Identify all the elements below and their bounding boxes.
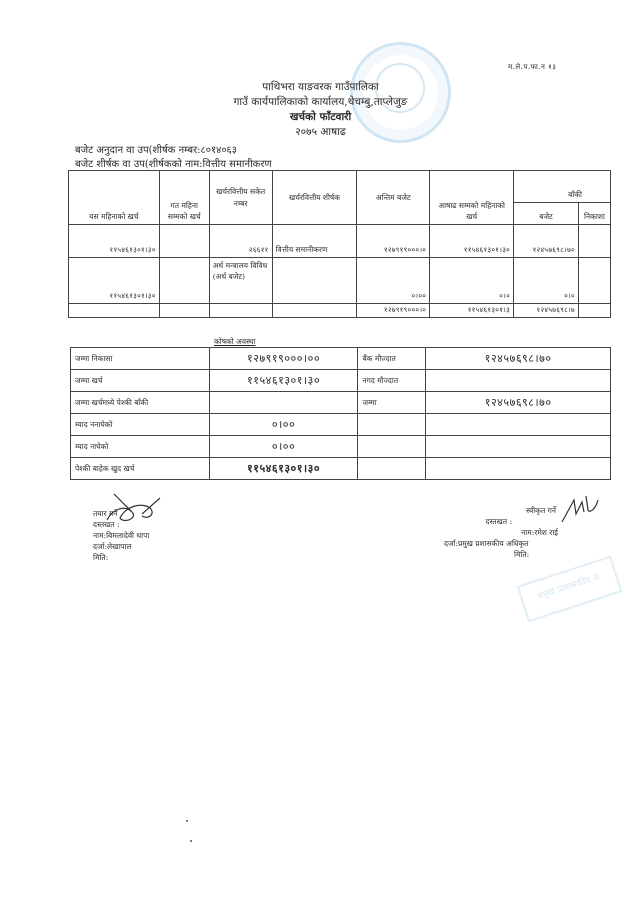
fund-value: ११५४६१३०१।३०: [209, 458, 358, 480]
cell-remaining-budget: १२४५७६९८।७०: [514, 225, 579, 258]
cell-title: [272, 258, 357, 304]
table-row: ११५४६१३०१।३० २६६११ वित्तीय समानीकरण १२७९…: [69, 225, 611, 258]
approved-by-block: स्वीकृत गर्ने दस्तखत : नाम:रमेश राई: [454, 505, 558, 538]
fund-value-2: [426, 436, 611, 458]
office-stamp: प्रमुख प्रशासकीय अ: [517, 556, 623, 623]
total-till-asadh: ११५४६१३०१।३: [430, 304, 514, 318]
fund-value: ०।००: [209, 436, 358, 458]
fund-value: ११५४६१३०१।३०: [209, 370, 358, 392]
prepared-name: नाम:बिमलादेवी थापा: [93, 530, 149, 541]
header-final-budget: अन्तिम बजेट: [357, 171, 430, 225]
fund-value: [209, 392, 358, 414]
cell-till-asadh: ११५४६१३०१।३०: [430, 225, 514, 258]
header-remaining: बाँकी: [514, 171, 611, 203]
fund-label: जम्मा खर्चमध्ये पेश्की बाँकी: [71, 392, 210, 414]
fund-status-title: कोषको अवस्था: [214, 337, 256, 347]
cell-remaining-release: [578, 258, 610, 304]
totals-row: १२७९१९०००।० ११५४६१३०१।३ १२४५७६९८।७: [69, 304, 611, 318]
fund-value: १२७९१९०००।००: [209, 348, 358, 370]
cell-title: वित्तीय समानीकरण: [272, 225, 357, 258]
fund-status-table: जम्मा निकासा१२७९१९०००।००बैंक मौज्दात१२४५…: [70, 347, 611, 480]
fund-label-2: जम्मा: [358, 392, 426, 414]
cell-remaining-budget: ०।०: [514, 258, 579, 304]
header-till-last-month: गत महिना सम्मको खर्च: [159, 171, 209, 225]
header-till-asadh: आषाढ सम्मको महिनाको खर्च: [430, 171, 514, 225]
total-remaining-budget: १२४५७६९८।७: [514, 304, 579, 318]
fund-label: जम्मा निकासा: [71, 348, 210, 370]
header-remaining-budget: बजेट: [514, 203, 579, 225]
office-name: गाउँ कार्यपालिकाको कार्यालय,थेचम्बु,ताप्…: [0, 95, 641, 109]
prepared-by-block: तयार गर्ने दस्तखत : नाम:बिमलादेवी थापा द…: [93, 508, 149, 563]
approved-date: मिति:: [514, 549, 529, 560]
cell-code: २६६११: [209, 225, 272, 258]
fund-row: जम्मा खर्चमध्ये पेश्की बाँकीजम्मा१२४५७६९…: [71, 392, 611, 414]
fund-value-2: [426, 414, 611, 436]
prepared-action: तयार गर्ने: [93, 508, 149, 519]
fund-row: म्याद नाघेको०।००: [71, 436, 611, 458]
approved-signature-scribble: [560, 492, 600, 526]
fund-label-2: नगद मौज्दात: [358, 370, 426, 392]
budget-title: बजेट शीर्षक वा उप(शीर्षकको नाम:वित्तीय स…: [75, 156, 272, 170]
expense-table: यस महिनाको खर्च गत महिना सम्मको खर्च खर्…: [68, 170, 611, 318]
form-number: म.ले.प.फा.न १३: [508, 63, 556, 72]
fund-label: म्याद ननाघेको: [71, 414, 210, 436]
budget-number: बजेट अनुदान वा उप(शीर्षक नम्बर:८०१४०६३: [75, 142, 237, 156]
approved-action: स्वीकृत गर्ने: [454, 505, 558, 516]
report-period: २०७५ आषाढ: [0, 125, 641, 139]
cell-till-last-month: [159, 225, 209, 258]
approved-designation: दर्जा:प्रमुख प्रशासकीय अधिकृत: [444, 538, 528, 549]
prepared-designation: दर्जा:लेखापाल: [93, 541, 149, 552]
fund-label: पेश्की बाहेक खुद खर्च: [71, 458, 210, 480]
table-row: ११५४६१३०१।३० अर्थ मन्त्रालय विविध (अर्थ …: [69, 258, 611, 304]
cell-this-month: ११५४६१३०१।३०: [69, 258, 160, 304]
fund-value-2: १२४५७६९८।७०: [426, 392, 611, 414]
header-remaining-release: निकाशा: [578, 203, 610, 225]
fund-label-2: [358, 436, 426, 458]
scan-speck: [186, 820, 188, 822]
fund-label: म्याद नाघेको: [71, 436, 210, 458]
fund-row: पेश्की बाहेक खुद खर्च११५४६१३०१।३०: [71, 458, 611, 480]
fund-value-2: [426, 370, 611, 392]
cell-till-last-month: [159, 258, 209, 304]
fund-row: जम्मा खर्च११५४६१३०१।३०नगद मौज्दात: [71, 370, 611, 392]
approved-sign: दस्तखत :: [454, 516, 558, 527]
header-title: खर्चरवित्तीय शीर्षक: [272, 171, 357, 225]
approved-name: नाम:रमेश राई: [454, 527, 558, 538]
fund-label-2: [358, 414, 426, 436]
fund-row: म्याद ननाघेको०।००: [71, 414, 611, 436]
cell-remaining-release: [578, 225, 610, 258]
cell-final-budget: १२७९१९०००।०: [357, 225, 430, 258]
fund-value: ०।००: [209, 414, 358, 436]
cell-this-month: ११५४६१३०१।३०: [69, 225, 160, 258]
fund-label: जम्मा खर्च: [71, 370, 210, 392]
org-name: पाथिभरा याङवरक गाउँपालिका: [0, 80, 641, 94]
prepared-date: मिति:: [93, 552, 149, 563]
fund-label-2: [358, 458, 426, 480]
scan-speck: [190, 840, 192, 842]
document-title: खर्चको फाँटवारी: [0, 110, 641, 124]
cell-final-budget: ०।००: [357, 258, 430, 304]
cell-code: अर्थ मन्त्रालय विविध (अर्थ बजेट): [209, 258, 272, 304]
fund-value-2: [426, 458, 611, 480]
fund-label-2: बैंक मौज्दात: [358, 348, 426, 370]
fund-value-2: १२४५७६९८।७०: [426, 348, 611, 370]
header-this-month: यस महिनाको खर्च: [69, 171, 160, 225]
cell-till-asadh: ०।०: [430, 258, 514, 304]
total-final-budget: १२७९१९०००।०: [357, 304, 430, 318]
fund-row: जम्मा निकासा१२७९१९०००।००बैंक मौज्दात१२४५…: [71, 348, 611, 370]
prepared-sign: दस्तखत :: [93, 519, 149, 530]
header-code: खर्चरवित्तीय सकेत नम्बर: [209, 171, 272, 225]
